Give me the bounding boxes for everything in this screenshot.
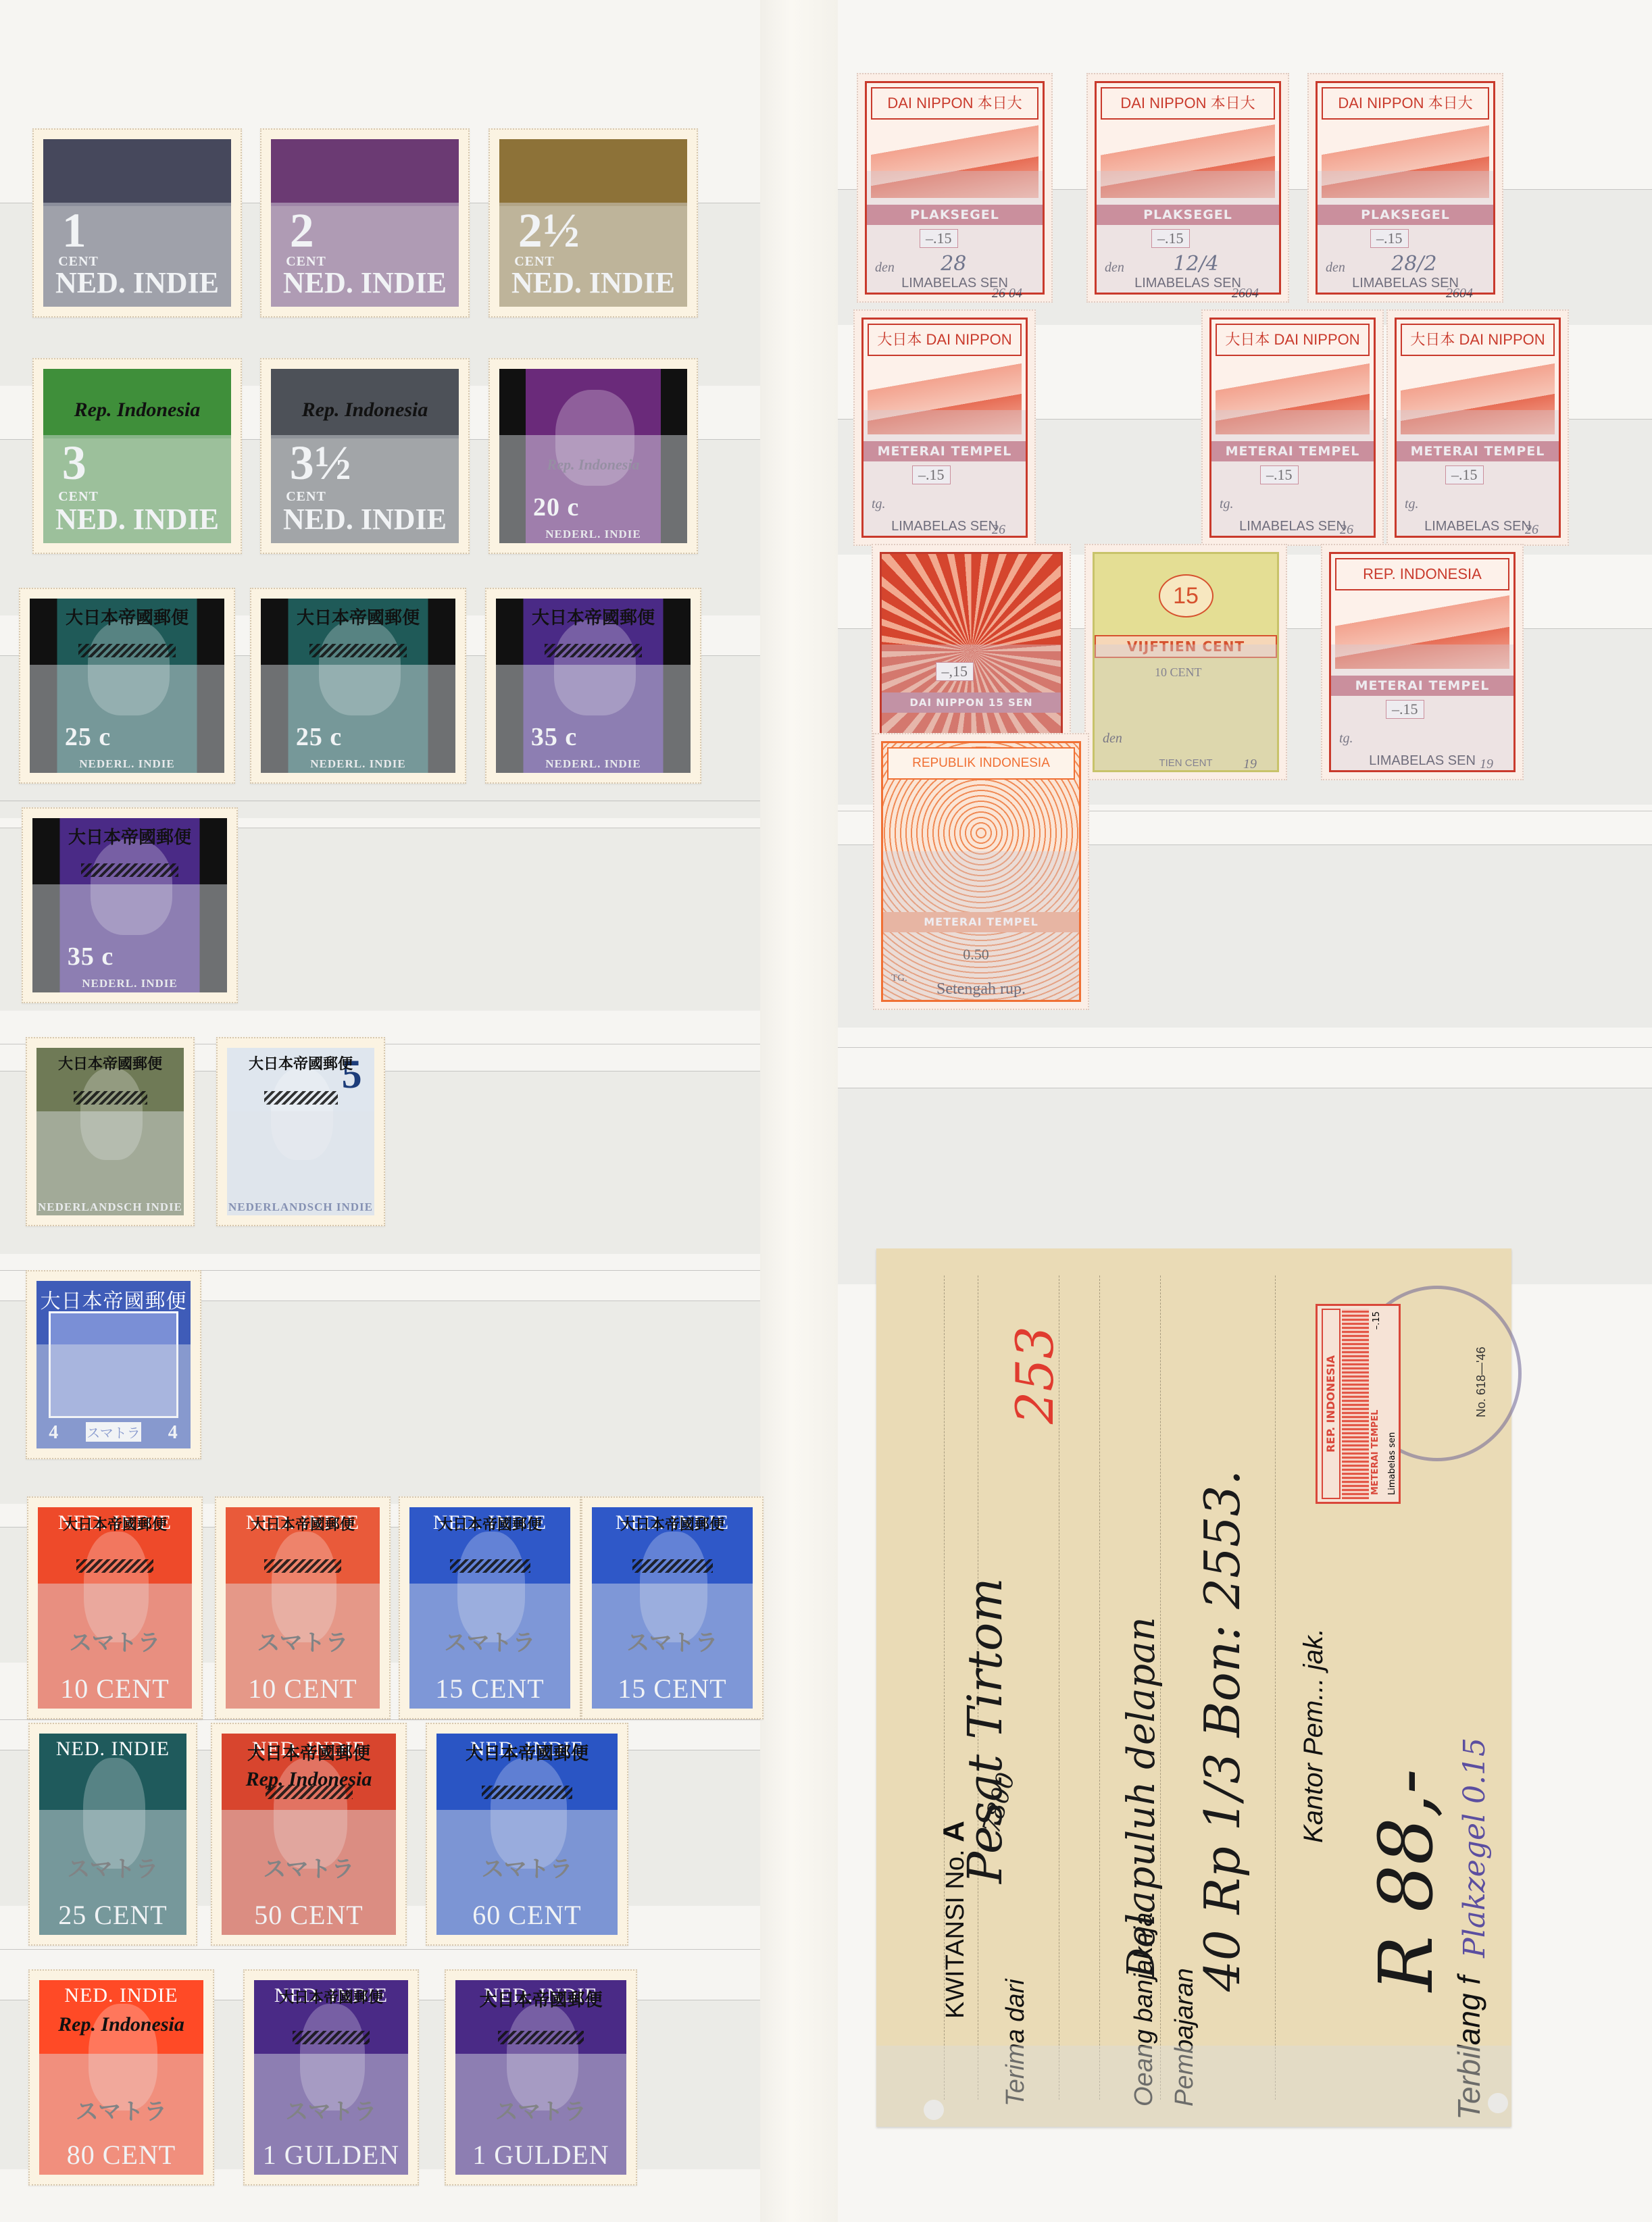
- stamp-face: 大日本帝國郵便44スマトラ: [36, 1281, 191, 1448]
- stamp-header: 15: [1159, 574, 1213, 617]
- glassine-overlay: [496, 665, 691, 773]
- stamp[interactable]: 1CENTNED. INDIE: [32, 128, 242, 318]
- overprint-japanese: 大日本帝國郵便: [32, 824, 227, 849]
- glassine-overlay: [30, 665, 224, 773]
- glassine-overlay: [261, 665, 455, 773]
- stamp-face: 35 cNEDERL. INDIE大日本帝國郵便: [496, 599, 691, 773]
- overprint-bars: [632, 1559, 713, 1573]
- stamp-face: 15 CENTNED. INDIE大日本帝國郵便スマトラ: [409, 1507, 570, 1709]
- glassine-overlay: [32, 884, 227, 992]
- overprint-rep-indonesia: Rep. Indonesia: [228, 1768, 389, 1791]
- stamp-frame: DAI NIPPON 本日大PLAKSEGEL–.15den2604LIMABE…: [1316, 81, 1495, 295]
- glassine-overlay: [271, 203, 459, 307]
- stamp-frame: REPUBLIK INDONESIAMETERAI TEMPEL0.50TG.S…: [881, 741, 1081, 1002]
- glassine-overlay: [39, 1810, 186, 1935]
- stamp[interactable]: 15 CENTNED. INDIE大日本帝國郵便スマトラ: [581, 1496, 764, 1719]
- overprint-japanese: 大日本帝國郵便: [36, 1053, 184, 1074]
- stamp[interactable]: 25 cNEDERL. INDIE大日本帝國郵便: [19, 588, 235, 784]
- stamp[interactable]: 2½CENTNED. INDIE: [489, 128, 698, 318]
- glassine-overlay: [43, 435, 231, 543]
- stamp-header: 大日本 DAI NIPPON: [1401, 324, 1555, 356]
- revenue-stamp[interactable]: 大日本 DAI NIPPONMETERAI TEMPEL–.15tg.26LIM…: [1201, 309, 1384, 546]
- revenue-stamp[interactable]: 大日本 DAI NIPPONMETERAI TEMPEL–.15tg.26LIM…: [853, 309, 1036, 546]
- glassine-overlay: [36, 1111, 184, 1215]
- red-crayon-mark: 253: [1005, 1326, 1065, 1424]
- form-number: No. 618—'46: [1474, 1346, 1488, 1417]
- stamp-face: 2CENTNED. INDIE: [271, 139, 459, 307]
- stamp[interactable]: 60 CENTNED. INDIE大日本帝國郵便スマトラ: [426, 1723, 628, 1946]
- stamp-country: 大日本帝國郵便: [36, 1284, 191, 1314]
- stamp-frame: 大日本 DAI NIPPONMETERAI TEMPEL–.15tg.26LIM…: [1395, 318, 1561, 538]
- stamp-face: 1 GULDENNED. INDIE大日本帝國郵便スマトラ: [254, 1980, 408, 2175]
- stamp-face: 2½CENTNED. INDIE: [499, 139, 687, 307]
- stamp-country: NED. INDIE: [39, 1984, 203, 2007]
- overprint-bars: [81, 863, 178, 877]
- stamp[interactable]: 50 CENTNED. INDIE大日本帝國郵便Rep. Indonesiaスマ…: [211, 1723, 407, 1946]
- stamp-face: 1 GULDENNED. INDIE大日本帝國郵便スマトラ: [455, 1980, 626, 2175]
- overprint-japanese: 大日本帝國郵便: [436, 1740, 618, 1765]
- stamp-face: 10 CENTNED. INDIE大日本帝國郵便スマトラ: [226, 1507, 380, 1709]
- glassine-overlay: [254, 2054, 408, 2175]
- glassine-overlay: [38, 1584, 192, 1709]
- glassine-overlay: [1331, 645, 1513, 770]
- receipt-field-value: 40 Rp 1/3 Bon: 2553.: [1194, 1470, 1251, 1992]
- overprint-bars: [309, 644, 407, 657]
- glassine-overlay: [436, 1810, 618, 1935]
- glassine-overlay: [227, 1111, 374, 1215]
- overprint-bars: [264, 1559, 341, 1573]
- glassine-overlay: [883, 851, 1079, 1000]
- revenue-stamp[interactable]: 大日本 DAI NIPPONMETERAI TEMPEL–.15tg.26LIM…: [1386, 309, 1569, 546]
- glassine-overlay: [1318, 171, 1493, 293]
- stamp-face: 25 CENTNED. INDIEスマトラ: [39, 1734, 186, 1935]
- overprint-japanese: 大日本帝國郵便: [592, 1513, 753, 1534]
- overprint-japanese: 大日本帝國郵便: [30, 604, 224, 629]
- stamp[interactable]: 25 CENTNED. INDIEスマトラ: [28, 1723, 197, 1946]
- stamp-face: 10 CENTNED. INDIE大日本帝國郵便スマトラ: [38, 1507, 192, 1709]
- stamp-face: 3½CENTNED. INDIERep. Indonesia: [271, 369, 459, 543]
- overprint-japanese: 大日本帝國郵便: [496, 604, 691, 629]
- stamp[interactable]: 大日本帝國郵便44スマトラ: [26, 1270, 201, 1459]
- stamp[interactable]: 1 GULDENNED. INDIE大日本帝國郵便スマトラ: [445, 1969, 637, 2186]
- stamp-header: REP. INDONESIA: [1335, 558, 1509, 590]
- revenue-stamp[interactable]: REP. INDONESIAMETERAI TEMPEL–.15tg.19LIM…: [1321, 544, 1524, 780]
- stamp[interactable]: 20 cNEDERL. INDIERep. Indonesia: [489, 358, 698, 554]
- stamp[interactable]: 3CENTNED. INDIERep. Indonesia: [32, 358, 242, 554]
- stamp-face: 50 CENTNED. INDIE大日本帝國郵便Rep. Indonesiaスマ…: [222, 1734, 396, 1935]
- stamp-header: DAI NIPPON 本日大: [1101, 87, 1275, 120]
- stamp[interactable]: 10 CENTNED. INDIE大日本帝國郵便スマトラ: [27, 1496, 203, 1719]
- overprint-bars: [293, 2031, 370, 2044]
- stamp-face: 80 CENTNED. INDIERep. Indonesiaスマトラ: [39, 1980, 203, 2175]
- glassine-overlay: [592, 1584, 753, 1709]
- stamp-face: 25 cNEDERL. INDIE大日本帝國郵便: [30, 599, 224, 773]
- overprint-rep-indonesia: Rep. Indonesia: [46, 2013, 197, 2036]
- overprint-bars: [76, 1559, 153, 1573]
- overprint-bars: [450, 1559, 530, 1573]
- glassine-overlay: [455, 2054, 626, 2175]
- total-handwritten: R 88,-: [1363, 1769, 1449, 1992]
- revenue-stamp[interactable]: DAI NIPPON 本日大PLAKSEGEL–.15den2604LIMABE…: [1307, 73, 1503, 303]
- stamp-face: 3CENTNED. INDIERep. Indonesia: [43, 369, 231, 543]
- stamp-header: DAI NIPPON 本日大: [871, 87, 1038, 120]
- glassine-overlay: [222, 1810, 396, 1935]
- glassine-strip: [876, 2046, 1511, 2127]
- kwitansi-receipt: KWITANSI No. A 7800 Terima dari Pesat Ti…: [876, 1248, 1511, 2127]
- stamp[interactable]: 3½CENTNED. INDIERep. Indonesia: [260, 358, 470, 554]
- stamp-frame: 大日本 DAI NIPPONMETERAI TEMPEL–.15tg.26LIM…: [1209, 318, 1376, 538]
- overprint-rep-indonesia: Rep. Indonesia: [51, 399, 224, 422]
- receipt-field-value: Delapuluh delapan: [1120, 1617, 1163, 1978]
- stamp-frame: DAI NIPPON 本日大PLAKSEGEL–.15den2604LIMABE…: [1095, 81, 1281, 295]
- glassine-overlay: [1211, 410, 1374, 536]
- glassine-overlay: [271, 435, 459, 543]
- glassine-overlay: [863, 410, 1026, 536]
- revenue-stamp[interactable]: REPUBLIK INDONESIAMETERAI TEMPEL0.50TG.S…: [873, 733, 1089, 1010]
- glassine-overlay: [499, 435, 687, 543]
- stamp-country: NED. INDIE: [39, 1738, 186, 1761]
- glassine-overlay: [1097, 171, 1279, 293]
- overprint-bars: [545, 644, 642, 657]
- stamp-frame: REP. INDONESIAMETERAI TEMPEL–.15tg.19LIM…: [1329, 552, 1516, 772]
- glassine-overlay: [1095, 645, 1277, 770]
- stamp-face: 35 cNEDERL. INDIE大日本帝國郵便: [32, 818, 227, 992]
- stamp-face: 5NEDERLANDSCH INDIE大日本帝國郵便: [227, 1048, 374, 1215]
- overprint-bars: [78, 644, 176, 657]
- overprint-bars: [482, 1786, 572, 1799]
- glassine-overlay: [43, 203, 231, 307]
- overprint-japanese: 大日本帝國郵便: [222, 1740, 396, 1765]
- stamp-frame: DAI NIPPON 本日大PLAKSEGEL–.15den26 04LIMAB…: [865, 81, 1045, 295]
- stamp-face: 1CENTNED. INDIE: [43, 139, 231, 307]
- stamp-face: 15 CENTNED. INDIE大日本帝國郵便スマトラ: [592, 1507, 753, 1709]
- glassine-overlay: [36, 1344, 191, 1448]
- stamp-header: 大日本 DAI NIPPON: [868, 324, 1022, 356]
- affixed-revenue-stamp: REP. INDONESIA METERAI TEMPEL –.15 Limab…: [1316, 1304, 1401, 1504]
- stamp-header: REPUBLIK INDONESIA: [887, 747, 1075, 780]
- stamp[interactable]: 1 GULDENNED. INDIE大日本帝國郵便スマトラ: [243, 1969, 419, 2186]
- overprint-bars: [264, 1091, 338, 1105]
- overprint-bars: [74, 1091, 147, 1105]
- revenue-stamp[interactable]: DAI NIPPON 本日大PLAKSEGEL–.15den2604LIMABE…: [1086, 73, 1289, 303]
- stamp-frame: 15VIJFTIEN CENT10 CENTden19TIEN CENT: [1093, 552, 1279, 772]
- glassine-overlay: [226, 1584, 380, 1709]
- overprint-bars: [498, 2031, 584, 2044]
- revenue-stamp[interactable]: 15VIJFTIEN CENT10 CENTden19TIEN CENT: [1084, 544, 1287, 780]
- stamp[interactable]: 35 cNEDERL. INDIE大日本帝國郵便: [22, 807, 238, 1003]
- stamp[interactable]: 15 CENTNED. INDIE大日本帝國郵便スマトラ: [399, 1496, 581, 1719]
- overprint-japanese: 大日本帝國郵便: [455, 1986, 626, 2011]
- glassine-overlay: [39, 2054, 203, 2175]
- stamp-face: 60 CENTNED. INDIE大日本帝國郵便スマトラ: [436, 1734, 618, 1935]
- overprint-japanese: 大日本帝國郵便: [409, 1513, 570, 1534]
- stamp[interactable]: 25 cNEDERL. INDIE大日本帝國郵便: [250, 588, 466, 784]
- glassine-overlay: [867, 171, 1043, 293]
- stamp-face: 25 cNEDERL. INDIE大日本帝國郵便: [261, 599, 455, 773]
- office-label: Kantor Pem... jak.: [1299, 1628, 1329, 1843]
- stamp[interactable]: 5NEDERLANDSCH INDIE大日本帝國郵便: [216, 1037, 385, 1226]
- stamp-header: DAI NIPPON 本日大: [1322, 87, 1489, 120]
- glassine-overlay: [1397, 410, 1559, 536]
- stamp[interactable]: 80 CENTNED. INDIERep. Indonesiaスマトラ: [28, 1969, 214, 2186]
- plakzegel-note: Plakzegel 0.15: [1457, 1738, 1492, 1958]
- stamp[interactable]: NEDERLANDSCH INDIE大日本帝國郵便: [26, 1037, 195, 1226]
- glassine-overlay: [409, 1584, 570, 1709]
- stamp-face: NEDERLANDSCH INDIE大日本帝國郵便: [36, 1048, 184, 1215]
- glassine-overlay: [499, 203, 687, 307]
- overprint-japanese: 大日本帝國郵便: [261, 604, 455, 629]
- stamp[interactable]: 2CENTNED. INDIE: [260, 128, 470, 318]
- overprint-japanese: 大日本帝國郵便: [254, 1986, 408, 2007]
- overprint-rep-indonesia: Rep. Indonesia: [278, 399, 451, 422]
- stamp[interactable]: 10 CENTNED. INDIE大日本帝國郵便スマトラ: [215, 1496, 391, 1719]
- stamp-frame: 大日本 DAI NIPPONMETERAI TEMPEL–.15tg.26LIM…: [861, 318, 1028, 538]
- overprint-japanese: 大日本帝國郵便: [227, 1053, 374, 1074]
- stamp[interactable]: 35 cNEDERL. INDIE大日本帝國郵便: [485, 588, 701, 784]
- revenue-stamp[interactable]: DAI NIPPON 本日大PLAKSEGEL–.15den26 04LIMAB…: [857, 73, 1053, 303]
- overprint-japanese: 大日本帝國郵便: [226, 1513, 380, 1534]
- album-spine: [760, 0, 838, 2222]
- overprint-japanese: 大日本帝國郵便: [38, 1513, 192, 1534]
- stamp-header: 大日本 DAI NIPPON: [1216, 324, 1370, 356]
- receipt-field-value: Pesat Tirtom: [957, 1577, 1013, 1884]
- stamp-face: 20 cNEDERL. INDIERep. Indonesia: [499, 369, 687, 543]
